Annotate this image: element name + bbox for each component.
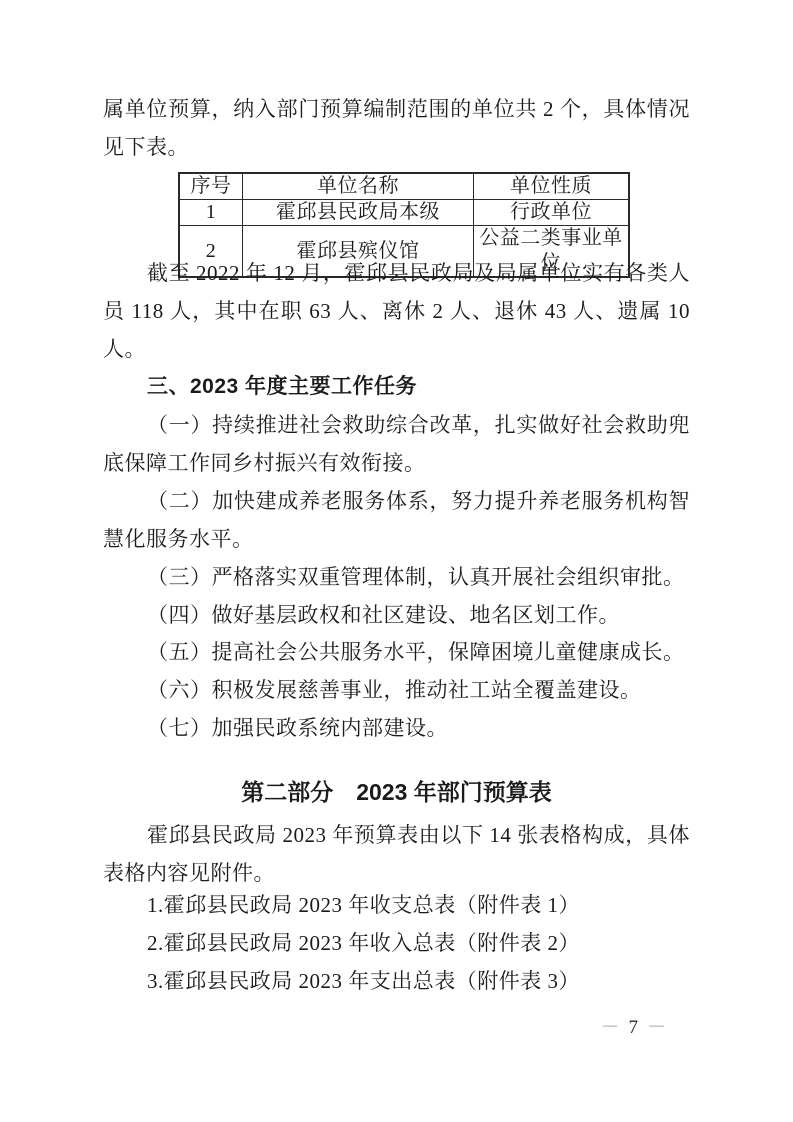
document-page: 属单位预算，纳入部门预算编制范围的单位共 2 个，具体情况见下表。 序号 单位名… bbox=[0, 0, 793, 1122]
attachment-item-2: 2.霍邱县民政局 2023 年收入总表（附件表 2） bbox=[103, 924, 690, 962]
task-item-6: （六）积极发展慈善事业，推动社工站全覆盖建设。 bbox=[103, 671, 690, 709]
task-item-5: （五）提高社会公共服务水平，保障困境儿童健康成长。 bbox=[103, 633, 690, 671]
page-number-footer: －7－ bbox=[591, 1016, 675, 1040]
attachment-item-3: 3.霍邱县民政局 2023 年支出总表（附件表 3） bbox=[103, 962, 690, 1000]
unit-table-header-name: 单位名称 bbox=[243, 173, 474, 200]
paragraph-part-two-intro: 霍邱县民政局 2023 年预算表由以下 14 张表格构成，具体表格内容见附件。 bbox=[103, 816, 690, 892]
unit-table-header-row: 序号 单位名称 单位性质 bbox=[179, 173, 629, 200]
task-item-4: （四）做好基层政权和社区建设、地名区划工作。 bbox=[103, 596, 690, 634]
unit-table-header-seq: 序号 bbox=[179, 173, 243, 200]
page-number-right-dash: － bbox=[647, 1017, 666, 1038]
task-item-2: （二）加快建成养老服务体系，努力提升养老服务机构智慧化服务水平。 bbox=[103, 482, 690, 558]
page-number-left-dash: － bbox=[600, 1017, 619, 1038]
unit-row1-name: 霍邱县民政局本级 bbox=[243, 200, 474, 226]
page-number-value: 7 bbox=[628, 1017, 638, 1038]
unit-row1-type: 行政单位 bbox=[474, 200, 630, 226]
task-item-7: （七）加强民政系统内部建设。 bbox=[103, 709, 690, 747]
unit-row1-seq: 1 bbox=[179, 200, 243, 226]
paragraph-intro: 属单位预算，纳入部门预算编制范围的单位共 2 个，具体情况见下表。 bbox=[103, 90, 690, 166]
table-row: 1 霍邱县民政局本级 行政单位 bbox=[179, 200, 629, 226]
paragraph-staff-counts: 截至 2022 年 12 月，霍邱县民政局及局属单位实有各类人员 118 人，其… bbox=[103, 254, 690, 368]
task-item-3: （三）严格落实双重管理体制，认真开展社会组织审批。 bbox=[103, 558, 690, 596]
attachment-item-1: 1.霍邱县民政局 2023 年收支总表（附件表 1） bbox=[103, 886, 690, 924]
task-item-1: （一）持续推进社会救助综合改革，扎实做好社会救助兜底保障工作同乡村振兴有效衔接。 bbox=[103, 406, 690, 482]
heading-part-two-budget-tables: 第二部分 2023 年部门预算表 bbox=[103, 772, 690, 812]
heading-section-three-tasks: 三、2023 年度主要工作任务 bbox=[103, 368, 690, 406]
unit-table-header-type: 单位性质 bbox=[474, 173, 630, 200]
